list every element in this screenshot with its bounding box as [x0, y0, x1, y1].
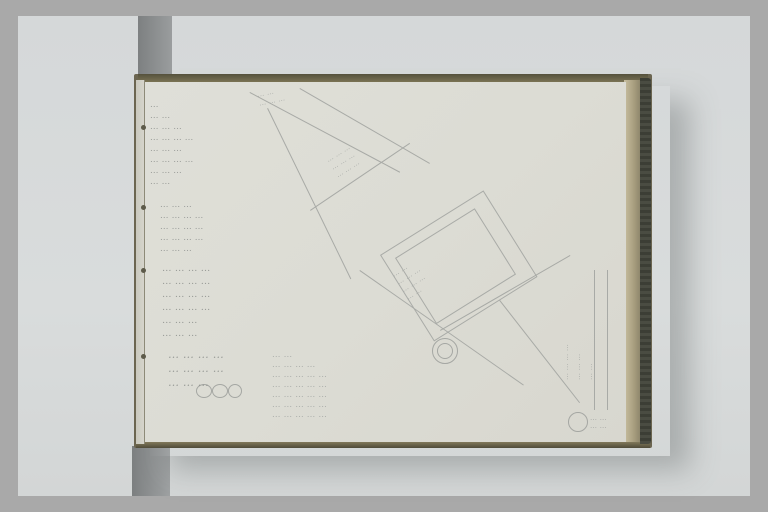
cover-edge-top — [138, 74, 648, 82]
note-line: … … … … — [168, 362, 224, 376]
pencil-line — [594, 270, 595, 410]
handwritten-notes-left: … … … … … … … … … … … … … … … … … … … … … — [150, 100, 194, 188]
note-line: … … — [272, 350, 327, 360]
note-line: … … … … — [162, 301, 210, 314]
binding-stitch — [141, 354, 146, 359]
note-line: … … … — [162, 327, 210, 340]
note-line: … … … — [150, 166, 194, 177]
handwritten-notes-bottom-center: … … … … … … … … … … … … … … … … … … … … … — [272, 350, 327, 420]
note-line: … … … … — [160, 211, 204, 222]
note-line: … … … … … — [272, 390, 327, 400]
circle-sketch-inner — [437, 343, 453, 359]
handwritten-notes-right-vertical: … … … … … … … … … — [560, 344, 596, 380]
handwritten-notes-left-mid: … … … … … … … … … … … … … … … … … … — [160, 200, 204, 255]
handwritten-notes-left-lower: … … … … … … … … … … … … … … … … … … … … … — [162, 262, 210, 340]
clip-shadow-top — [138, 16, 172, 80]
note-line: … … — [150, 111, 194, 122]
note-line: … … … — [160, 200, 204, 211]
circle-sketch — [568, 412, 588, 432]
note-line: … … … … — [150, 133, 194, 144]
handwritten-notes-corner: … … … … — [590, 414, 607, 430]
note-line: … … … … — [272, 360, 327, 370]
page-stack — [624, 80, 640, 442]
note-line: … … … … — [162, 288, 210, 301]
note-line: … … — [584, 344, 596, 380]
note-line: … … … — [168, 376, 224, 390]
note-line: … … … … — [560, 344, 572, 380]
handwritten-notes-bottom-left: … … … … … … … … … … … — [168, 348, 224, 390]
note-line: … … — [590, 422, 607, 430]
note-line: … … … … — [150, 155, 194, 166]
note-line: … — [150, 100, 194, 111]
pencil-line — [607, 270, 608, 410]
note-line: … … … … … — [272, 410, 327, 420]
note-line: … … … … … — [272, 380, 327, 390]
note-line: … … … … — [162, 262, 210, 275]
note-line: … … … … — [168, 348, 224, 362]
binding-stitch — [141, 125, 146, 130]
note-line: … … … — [150, 122, 194, 133]
note-line: … … … — [160, 244, 204, 255]
cover-edge-bottom — [136, 441, 650, 448]
cover-right-edge — [640, 78, 651, 444]
note-line: … … — [590, 414, 607, 422]
note-line: … … … … — [160, 222, 204, 233]
binding-stitch — [141, 205, 146, 210]
gutter — [136, 80, 145, 444]
note-line: … … … — [162, 314, 210, 327]
note-line: … … — [150, 177, 194, 188]
note-line: … … … … … — [272, 370, 327, 380]
note-line: … … … … — [160, 233, 204, 244]
note-line: … … … — [150, 144, 194, 155]
note-line: … … … … — [162, 275, 210, 288]
ornament-sketch — [228, 384, 242, 398]
binding-stitch — [141, 268, 146, 273]
note-line: … … … … … — [272, 400, 327, 410]
note-line: … … … — [572, 344, 584, 380]
